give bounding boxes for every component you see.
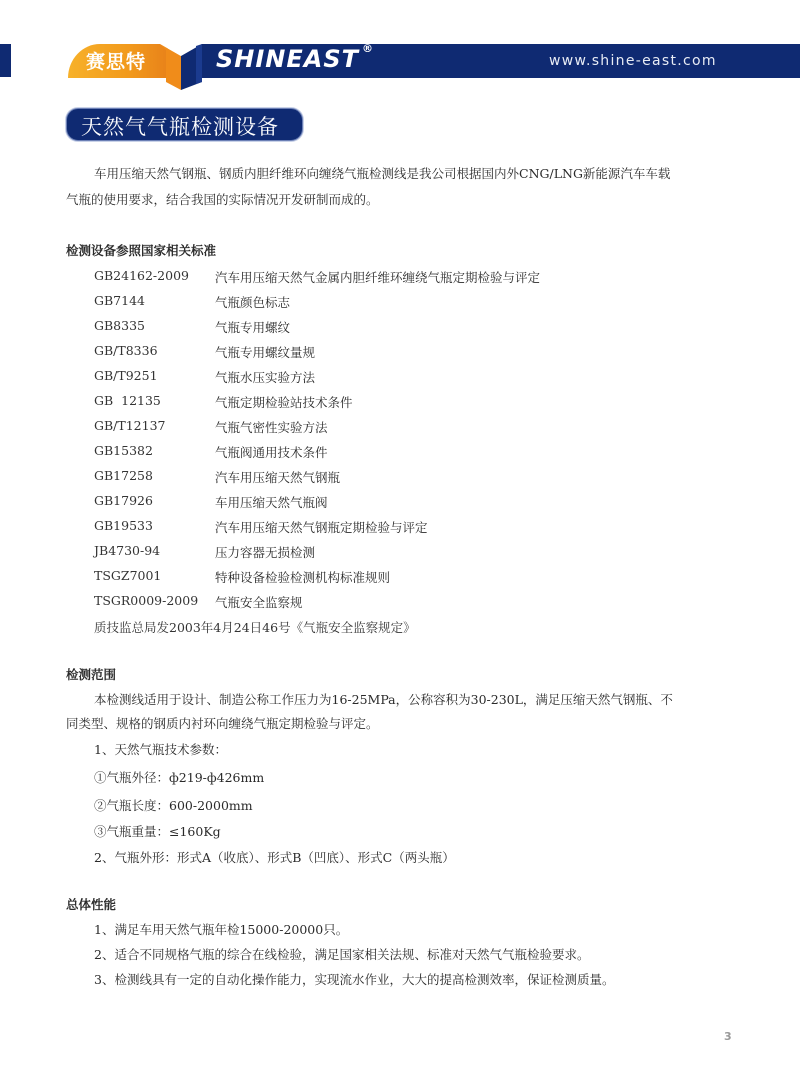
standard-desc: 气瓶阀通用技术条件	[215, 443, 328, 461]
scope-heading: 检测范围	[66, 667, 116, 683]
standards-note: 质技监总局发2003年4月24日46号《气瓶安全监察规定》	[94, 618, 416, 636]
standard-desc: 气瓶安全监察规	[215, 593, 303, 611]
standard-desc: 气瓶专用螺纹量规	[215, 343, 315, 361]
scope-param: ①气瓶外径：ф219-ф426mm	[94, 770, 264, 786]
standard-desc: 汽车用压缩天然气钢瓶定期检验与评定	[215, 518, 428, 536]
standard-desc: 车用压缩天然气瓶阀	[215, 493, 328, 511]
performance-item: 2、适合不同规格气瓶的综合在线检验，满足国家相关法规、标准对天然气气瓶检验要求。	[94, 947, 589, 963]
scope-param: ③气瓶重量：≤160Kg	[94, 824, 221, 840]
standard-code: GB/T9251	[94, 368, 158, 383]
scope-para-line-1: 本检测线适用于设计、制造公称工作压力为16-25MPa，公称容积为30-230L…	[94, 692, 673, 708]
page-title: 天然气气瓶检测设备	[66, 108, 303, 141]
standard-desc: 气瓶颜色标志	[215, 293, 290, 311]
scope-item-2: 2、气瓶外形：形式A（收底）、形式B（凹底）、形式C（两头瓶）	[94, 850, 455, 866]
standard-desc: 气瓶气密性实验方法	[215, 418, 328, 436]
performance-item: 3、检测线具有一定的自动化操作能力，实现流水作业，大大的提高检测效率，保证检测质…	[94, 972, 614, 988]
standards-heading: 检测设备参照国家相关标准	[66, 243, 216, 259]
standard-desc: 汽车用压缩天然气钢瓶	[215, 468, 340, 486]
intro-line-2: 气瓶的使用要求，结合我国的实际情况开发研制而成的。	[66, 192, 379, 208]
website-url: www.shine-east.com	[549, 53, 717, 69]
standard-code: GB19533	[94, 518, 153, 533]
standard-code: GB7144	[94, 293, 145, 308]
brand-name-cn: 赛思特	[86, 47, 146, 74]
standard-desc: 汽车用压缩天然气金属内胆纤维环缠绕气瓶定期检验与评定	[215, 268, 540, 286]
standard-code: GB15382	[94, 443, 153, 458]
brand-name-en: SHINEAST®	[216, 45, 374, 73]
scope-para-line-2: 同类型、规格的钢质内衬环向缠绕气瓶定期检验与评定。	[66, 716, 379, 732]
page-title-text: 天然气气瓶检测设备	[81, 111, 279, 141]
logo-icon	[160, 42, 202, 92]
standard-code: GB24162-2009	[94, 268, 189, 283]
standard-code: GB 12135	[94, 393, 161, 408]
standard-code: GB/T8336	[94, 343, 158, 358]
standard-code: GB/T12137	[94, 418, 165, 433]
scope-item-1: 1、天然气瓶技术参数：	[94, 742, 227, 758]
standard-desc: 气瓶定期检验站技术条件	[215, 393, 353, 411]
standard-desc: 气瓶专用螺纹	[215, 318, 290, 336]
scope-param: ②气瓶长度：600-2000mm	[94, 798, 253, 814]
performance-item: 1、满足车用天然气瓶年检15000-20000只。	[94, 922, 348, 938]
standard-code: TSGR0009-2009	[94, 593, 198, 608]
standard-code: GB17258	[94, 468, 153, 483]
standard-desc: 压力容器无损检测	[215, 543, 315, 561]
standard-code: GB17926	[94, 493, 153, 508]
standard-desc: 特种设备检验检测机构标准规则	[215, 568, 390, 586]
performance-heading: 总体性能	[66, 897, 116, 913]
standard-code: TSGZ7001	[94, 568, 161, 583]
standard-code: GB8335	[94, 318, 145, 333]
standard-desc: 气瓶水压实验方法	[215, 368, 315, 386]
page-number: 3	[724, 1030, 732, 1043]
standard-code: JB4730-94	[94, 543, 160, 558]
intro-line-1: 车用压缩天然气钢瓶、钢质内胆纤维环向缠绕气瓶检测线是我公司根据国内外CNG/LN…	[94, 166, 670, 182]
header-left-bar	[0, 44, 11, 77]
